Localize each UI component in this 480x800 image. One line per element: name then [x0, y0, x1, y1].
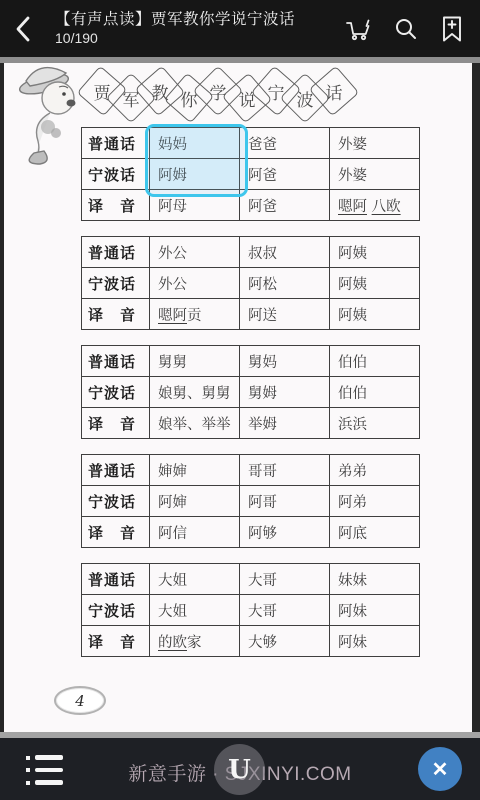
vocab-cell[interactable]: 的欧家 — [150, 626, 240, 657]
vocab-cell[interactable]: 阿弟 — [330, 486, 420, 517]
row-label: 普通话 — [82, 455, 150, 486]
vocab-cell[interactable]: 舅姆 — [240, 377, 330, 408]
vocab-cell[interactable]: 嗯阿贡 — [150, 299, 240, 330]
decorative-title: 贾军教你学说宁波话 — [84, 69, 374, 125]
vocab-cell[interactable]: 大姐 — [150, 595, 240, 626]
row-label: 普通话 — [82, 564, 150, 595]
page-indicator: 10/190 — [55, 30, 98, 46]
vocab-cell[interactable]: 阿哥 — [240, 486, 330, 517]
row-label: 宁波话 — [82, 268, 150, 299]
book-page-surface[interactable]: 贾军教你学说宁波话 普通话妈妈爸爸外婆宁波话阿姆阿爸外婆译 音阿母阿爸嗯阿 八欧… — [4, 63, 472, 732]
cart-button[interactable] — [342, 13, 374, 45]
page-number: 4 — [75, 692, 85, 710]
vocab-cell[interactable]: 弟弟 — [330, 455, 420, 486]
vocab-cell[interactable]: 阿松 — [240, 268, 330, 299]
tables: 普通话妈妈爸爸外婆宁波话阿姆阿爸外婆译 音阿母阿爸嗯阿 八欧普通话外公叔叔阿姨宁… — [81, 127, 426, 672]
vocab-cell[interactable]: 舅舅 — [150, 346, 240, 377]
vocab-table: 普通话妈妈爸爸外婆宁波话阿姆阿爸外婆译 音阿母阿爸嗯阿 八欧 — [81, 127, 426, 221]
row-label: 普通话 — [82, 237, 150, 268]
row-label: 宁波话 — [82, 486, 150, 517]
vocab-cell[interactable]: 外婆 — [330, 159, 420, 190]
vocab-cell[interactable]: 娘舅、舅舅 — [150, 377, 240, 408]
bottom-bar: 新意手游 · SJXINYI.COM U ✕ — [0, 738, 480, 800]
bookmark-add-icon — [440, 15, 464, 43]
vocab-cell[interactable]: 娘举、举举 — [150, 408, 240, 439]
row-label: 普通话 — [82, 346, 150, 377]
pause-badge-icon: U — [228, 757, 251, 783]
vocab-cell[interactable]: 大哥 — [240, 564, 330, 595]
vocab-cell[interactable]: 嗯阿 八欧 — [330, 190, 420, 221]
vocab-cell[interactable]: 外公 — [150, 268, 240, 299]
row-label: 译 音 — [82, 626, 150, 657]
vocab-cell[interactable]: 阿爸 — [240, 190, 330, 221]
vocab-cell[interactable]: 大姐 — [150, 564, 240, 595]
vocab-cell[interactable]: 阿信 — [150, 517, 240, 548]
vocab-table: 普通话大姐大哥妹妹宁波话大姐大哥阿妹译 音的欧家大够阿妹 — [81, 563, 426, 657]
vocab-cell[interactable]: 大够 — [240, 626, 330, 657]
vocab-cell[interactable]: 阿姨 — [330, 237, 420, 268]
row-label: 宁波话 — [82, 159, 150, 190]
vocab-cell[interactable]: 舅妈 — [240, 346, 330, 377]
vocab-cell[interactable]: 外公 — [150, 237, 240, 268]
vocab-cell[interactable]: 阿妹 — [330, 626, 420, 657]
vocab-cell[interactable]: 浜浜 — [330, 408, 420, 439]
close-button[interactable]: ✕ — [418, 747, 462, 791]
vocab-table: 普通话婶婶哥哥弟弟宁波话阿婶阿哥阿弟译 音阿信阿够阿底 — [81, 454, 426, 548]
vocab-cell[interactable]: 阿姨 — [330, 299, 420, 330]
vocab-cell[interactable]: 阿够 — [240, 517, 330, 548]
vocab-cell[interactable]: 伯伯 — [330, 377, 420, 408]
page-number-oval: 4 — [54, 686, 106, 715]
vocab-cell[interactable]: 叔叔 — [240, 237, 330, 268]
vocab-cell[interactable]: 爸爸 — [240, 128, 330, 159]
row-label: 译 音 — [82, 299, 150, 330]
vocab-cell[interactable]: 阿婶 — [150, 486, 240, 517]
vocab-cell[interactable]: 妹妹 — [330, 564, 420, 595]
row-label: 译 音 — [82, 408, 150, 439]
vocab-cell[interactable]: 阿姨 — [330, 268, 420, 299]
vocab-cell[interactable]: 阿底 — [330, 517, 420, 548]
vocab-cell[interactable]: 阿送 — [240, 299, 330, 330]
book-title: 【有声点读】贾军教你学说宁波话 — [55, 7, 295, 29]
vocab-cell[interactable]: 阿姆 — [150, 159, 240, 190]
vocab-cell[interactable]: 阿母 — [150, 190, 240, 221]
vocab-table: 普通话外公叔叔阿姨宁波话外公阿松阿姨译 音嗯阿贡阿送阿姨 — [81, 236, 426, 330]
pause-badge-button[interactable]: U — [214, 744, 265, 795]
vocab-cell[interactable]: 外婆 — [330, 128, 420, 159]
vocab-table: 普通话舅舅舅妈伯伯宁波话娘舅、舅舅舅姆伯伯译 音娘举、举举举姆浜浜 — [81, 345, 426, 439]
shopping-cart-icon — [344, 15, 372, 43]
vocab-cell[interactable]: 阿妹 — [330, 595, 420, 626]
row-label: 宁波话 — [82, 595, 150, 626]
vocab-cell[interactable]: 哥哥 — [240, 455, 330, 486]
title-char: 话 — [326, 79, 343, 104]
close-icon: ✕ — [432, 757, 449, 782]
bookmark-button[interactable] — [436, 13, 468, 45]
search-icon — [393, 16, 419, 42]
vocab-cell[interactable]: 伯伯 — [330, 346, 420, 377]
vocab-cell[interactable]: 妈妈 — [150, 128, 240, 159]
back-chevron-icon — [13, 15, 33, 43]
row-label: 译 音 — [82, 190, 150, 221]
search-button[interactable] — [390, 13, 422, 45]
vocab-cell[interactable]: 大哥 — [240, 595, 330, 626]
vocab-cell[interactable]: 婶婶 — [150, 455, 240, 486]
row-label: 宁波话 — [82, 377, 150, 408]
back-button[interactable] — [6, 12, 40, 46]
vocab-cell[interactable]: 举姆 — [240, 408, 330, 439]
row-label: 译 音 — [82, 517, 150, 548]
row-label: 普通话 — [82, 128, 150, 159]
vocab-cell[interactable]: 阿爸 — [240, 159, 330, 190]
top-toolbar: 【有声点读】贾军教你学说宁波话 10/190 — [0, 0, 480, 57]
